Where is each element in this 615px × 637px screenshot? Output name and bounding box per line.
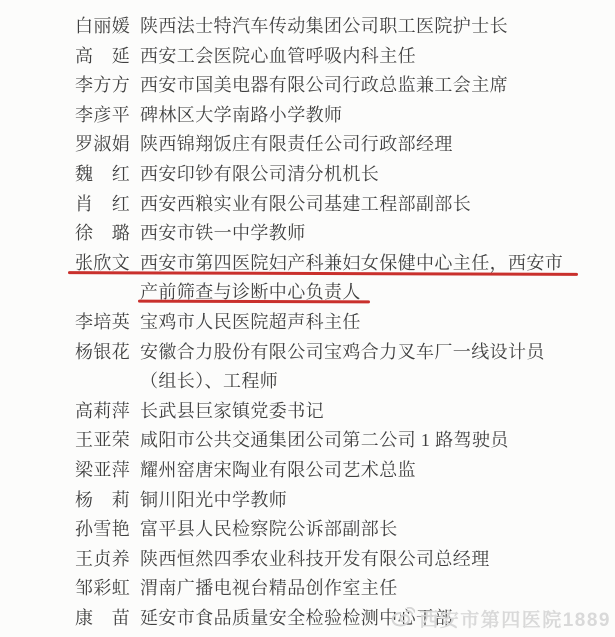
person-name <box>75 367 132 397</box>
list-row: 李方方 西安市国美电器有限公司行政总监兼工会主席 <box>75 71 585 101</box>
list-row: 梁亚萍 耀州窑唐宋陶业有限公司艺术总监 <box>75 456 585 486</box>
person-title: 西安印钞有限公司清分机机长 <box>140 160 585 190</box>
person-name: 邹彩虹 <box>75 574 132 604</box>
honoree-list: 白丽媛 陕西法士特汽车传动集团公司职工医院护士长 高 延 西安工会医院心血管呼吸… <box>75 12 585 633</box>
list-row: 王亚荣 咸阳市公共交通集团公司第二公司 1 路驾驶员 <box>75 426 585 456</box>
person-name: 高莉萍 <box>75 397 132 427</box>
person-name: 罗淑娟 <box>75 130 132 160</box>
person-name: 王亚荣 <box>75 426 132 456</box>
list-row: 徐 璐 西安市铁一中学教师 <box>75 219 585 249</box>
list-row-highlighted: 产前筛查与诊断中心负责人 <box>75 278 585 308</box>
person-title: （组长）、工程师 <box>140 367 585 397</box>
person-title: 产前筛查与诊断中心负责人 <box>140 278 585 308</box>
person-title: 铜川阳光中学教师 <box>140 486 585 516</box>
list-row: 白丽媛 陕西法士特汽车传动集团公司职工医院护士长 <box>75 12 585 42</box>
list-row: 孙雪艳 富平县人民检察院公诉部副部长 <box>75 515 585 545</box>
person-title: 陕西锦翔饭庄有限责任公司行政部经理 <box>140 130 585 160</box>
person-name: 杨 莉 <box>75 486 132 516</box>
person-title: 西安市铁一中学教师 <box>140 219 585 249</box>
person-title: 西安工会医院心血管呼吸内科主任 <box>140 42 585 72</box>
list-row: 魏 红 西安印钞有限公司清分机机长 <box>75 160 585 190</box>
person-name: 肖 红 <box>75 190 132 220</box>
person-title: 富平县人民检察院公诉部副部长 <box>140 515 585 545</box>
person-name: 王贞养 <box>75 545 132 575</box>
person-title: 安徽合力股份有限公司宝鸡合力叉车厂一线设计员 <box>140 338 585 368</box>
person-title: 陕西恒然四季农业科技开发有限公司总经理 <box>140 545 585 575</box>
weibo-watermark: 西安市第四医院1889 <box>390 605 611 632</box>
person-name: 白丽媛 <box>75 12 132 42</box>
list-row: 肖 红 西安西粮实业有限公司基建工程部副部长 <box>75 190 585 220</box>
person-title: 长武县巨家镇党委书记 <box>140 397 585 427</box>
person-title: 西安西粮实业有限公司基建工程部副部长 <box>140 190 585 220</box>
person-name: 魏 红 <box>75 160 132 190</box>
person-title: 渭南广播电视台精品创作室主任 <box>140 574 585 604</box>
person-name: 李彦平 <box>75 101 132 131</box>
list-row: 罗淑娟 陕西锦翔饭庄有限责任公司行政部经理 <box>75 130 585 160</box>
list-row: 高莉萍 长武县巨家镇党委书记 <box>75 397 585 427</box>
list-row: 王贞养 陕西恒然四季农业科技开发有限公司总经理 <box>75 545 585 575</box>
person-title: 西安市国美电器有限公司行政总监兼工会主席 <box>140 71 585 101</box>
document-page: 白丽媛 陕西法士特汽车传动集团公司职工医院护士长 高 延 西安工会医院心血管呼吸… <box>0 0 615 637</box>
watermark-text: 西安市第四医院1889 <box>419 605 611 632</box>
person-name: 孙雪艳 <box>75 515 132 545</box>
weibo-icon <box>390 607 415 630</box>
person-name: 梁亚萍 <box>75 456 132 486</box>
list-row: 邹彩虹 渭南广播电视台精品创作室主任 <box>75 574 585 604</box>
person-title: 陕西法士特汽车传动集团公司职工医院护士长 <box>140 12 585 42</box>
list-row: 杨 莉 铜川阳光中学教师 <box>75 486 585 516</box>
list-row: （组长）、工程师 <box>75 367 585 397</box>
person-name: 康 苗 <box>75 604 132 634</box>
list-row: 杨银花 安徽合力股份有限公司宝鸡合力叉车厂一线设计员 <box>75 338 585 368</box>
person-title: 咸阳市公共交通集团公司第二公司 1 路驾驶员 <box>140 426 585 456</box>
person-name: 高 延 <box>75 42 132 72</box>
list-row: 高 延 西安工会医院心血管呼吸内科主任 <box>75 42 585 72</box>
person-name: 杨银花 <box>75 338 132 368</box>
list-row: 李培英 宝鸡市人民医院超声科主任 <box>75 308 585 338</box>
person-title: 宝鸡市人民医院超声科主任 <box>140 308 585 338</box>
list-row: 李彦平 碑林区大学南路小学教师 <box>75 101 585 131</box>
person-name: 李培英 <box>75 308 132 338</box>
person-title: 耀州窑唐宋陶业有限公司艺术总监 <box>140 456 585 486</box>
person-name: 李方方 <box>75 71 132 101</box>
person-name <box>75 278 132 308</box>
person-name: 徐 璐 <box>75 219 132 249</box>
person-title: 碑林区大学南路小学教师 <box>140 101 585 131</box>
